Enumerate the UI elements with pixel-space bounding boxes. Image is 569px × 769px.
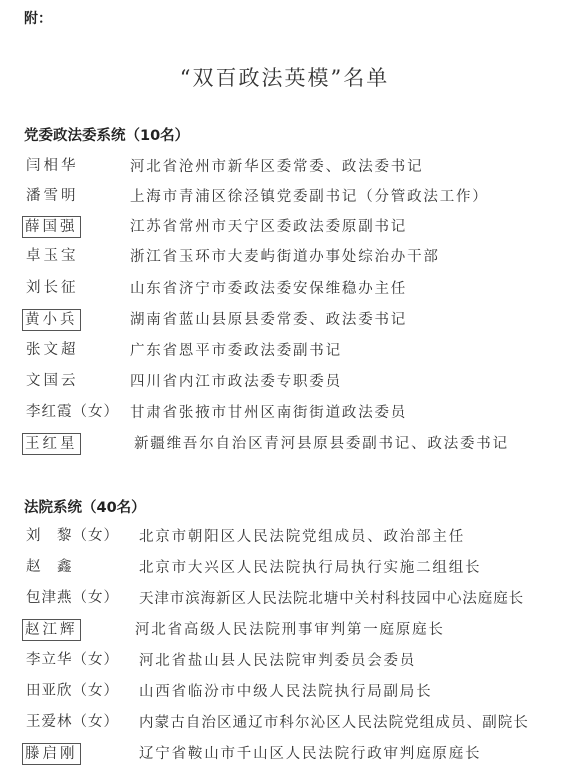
section-heading-party-committee: 党委政法委系统（10名） bbox=[24, 124, 189, 145]
person-position: 河北省高级人民法院刑事审判第一庭原庭长 bbox=[135, 619, 445, 641]
person-name: 王爱林（女） bbox=[24, 712, 121, 732]
person-position: 北京市朝阳区人民法院党组成员、政治部主任 bbox=[139, 526, 465, 548]
person-position: 河北省盐山县人民法院审判委员会委员 bbox=[139, 650, 416, 672]
person-name: 包津燕（女） bbox=[24, 588, 121, 608]
person-name-boxed: 赵江辉 bbox=[22, 619, 81, 641]
person-position: 山西省临汾市中级人民法院执行局副局长 bbox=[139, 681, 432, 703]
person-position: 天津市滨海新区人民法院北塘中关村科技园中心法庭庭长 bbox=[139, 588, 524, 610]
person-name: 闫相华 bbox=[24, 156, 81, 176]
person-position: 新疆维吾尔自治区青河县原县委副书记、政法委书记 bbox=[134, 433, 509, 455]
person-name: 卓玉宝 bbox=[24, 246, 81, 266]
person-name: 田亚欣（女） bbox=[24, 681, 121, 701]
person-name: 赵 鑫 bbox=[24, 557, 75, 577]
person-name: 李立华（女） bbox=[24, 650, 121, 670]
person-position: 广东省恩平市委政法委副书记 bbox=[130, 340, 342, 362]
person-position: 山东省济宁市委政法委安保维稳办主任 bbox=[130, 278, 407, 300]
document-title: “双百政法英模”名单 bbox=[0, 62, 569, 92]
person-name: 张文超 bbox=[24, 340, 81, 360]
person-name: 刘 黎（女） bbox=[24, 526, 121, 546]
person-name: 李红霞（女） bbox=[24, 402, 121, 422]
person-position: 湖南省蓝山县原县委常委、政法委书记 bbox=[130, 309, 407, 331]
person-position: 内蒙古自治区通辽市科尔沁区人民法院党组成员、副院长 bbox=[139, 712, 529, 734]
person-position: 浙江省玉环市大麦屿街道办事处综治办干部 bbox=[130, 246, 440, 268]
person-position: 甘肃省张掖市甘州区南街街道政法委员 bbox=[130, 402, 407, 424]
person-position: 河北省沧州市新华区委常委、政法委书记 bbox=[130, 156, 423, 178]
person-name-boxed: 王红星 bbox=[22, 433, 81, 455]
section-heading-court-system: 法院系统（40名） bbox=[24, 496, 146, 517]
person-name: 刘长征 bbox=[24, 278, 81, 298]
person-name: 潘雪明 bbox=[24, 186, 81, 206]
person-name-boxed: 黄小兵 bbox=[22, 309, 81, 331]
person-position: 北京市大兴区人民法院执行局执行实施二组组长 bbox=[139, 557, 481, 579]
person-position: 江苏省常州市天宁区委政法委原副书记 bbox=[130, 216, 407, 238]
person-position: 上海市青浦区徐泾镇党委副书记（分管政法工作） bbox=[130, 186, 489, 208]
person-position: 辽宁省鞍山市千山区人民法院行政审判庭原庭长 bbox=[139, 743, 481, 765]
person-name-boxed: 滕启刚 bbox=[22, 743, 81, 765]
person-name: 文国云 bbox=[24, 371, 81, 391]
attachment-label: 附： bbox=[24, 8, 52, 28]
person-position: 四川省内江市政法委专职委员 bbox=[130, 371, 342, 393]
person-name-boxed: 薛国强 bbox=[22, 216, 81, 238]
